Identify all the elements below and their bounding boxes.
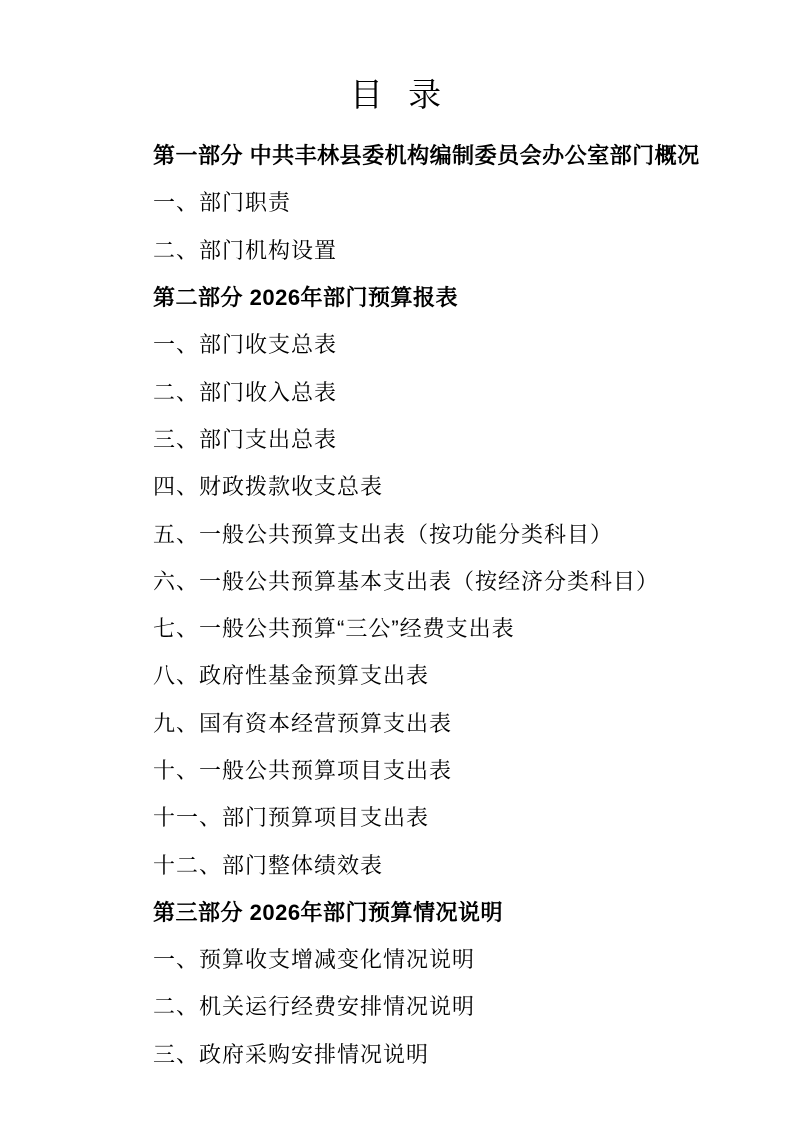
page-title: 目 录	[0, 0, 793, 113]
toc-item: 一、预算收支增减变化情况说明	[0, 935, 793, 982]
toc-item: 五、一般公共预算支出表（按功能分类科目）	[0, 509, 793, 556]
section-3-heading: 第三部分 2026年部门预算情况说明	[0, 888, 793, 935]
toc-item: 三、政府采购安排情况说明	[0, 1030, 793, 1077]
toc-item: 二、部门收入总表	[0, 367, 793, 414]
toc-item: 一、部门收支总表	[0, 320, 793, 367]
toc-item: 四、财政拨款收支总表	[0, 462, 793, 509]
toc-item: 十一、部门预算项目支出表	[0, 793, 793, 840]
toc-item: 一、部门职责	[0, 178, 793, 225]
toc-item: 十、一般公共预算项目支出表	[0, 746, 793, 793]
table-of-contents: 第一部分 中共丰林县委机构编制委员会办公室部门概况 一、部门职责 二、部门机构设…	[0, 131, 793, 1077]
toc-item: 九、国有资本经营预算支出表	[0, 699, 793, 746]
toc-item: 七、一般公共预算“三公”经费支出表	[0, 604, 793, 651]
section-1-heading: 第一部分 中共丰林县委机构编制委员会办公室部门概况	[0, 131, 793, 178]
toc-item: 三、部门支出总表	[0, 415, 793, 462]
toc-item: 六、一般公共预算基本支出表（按经济分类科目）	[0, 557, 793, 604]
toc-item: 十二、部门整体绩效表	[0, 840, 793, 887]
document-page: 目 录 第一部分 中共丰林县委机构编制委员会办公室部门概况 一、部门职责 二、部…	[0, 0, 793, 1122]
section-2-heading: 第二部分 2026年部门预算报表	[0, 273, 793, 320]
toc-item: 二、机关运行经费安排情况说明	[0, 982, 793, 1029]
toc-item: 八、政府性基金预算支出表	[0, 651, 793, 698]
toc-item: 二、部门机构设置	[0, 226, 793, 273]
